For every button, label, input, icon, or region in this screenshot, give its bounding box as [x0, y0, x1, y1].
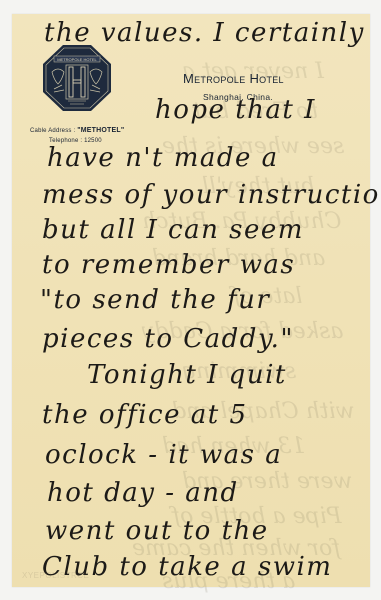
handwritten-line: Tonight I quit [87, 362, 287, 388]
handwritten-line: hope that I [155, 97, 316, 123]
handwritten-line: pieces to Caddy." [42, 326, 294, 352]
letterhead-hotel-name: Metropole Hotel [183, 71, 284, 86]
letterhead-cable-address: Cable Address : "METHOTEL" [30, 127, 124, 134]
svg-text:METROPOLE HOTEL: METROPOLE HOTEL [57, 57, 97, 62]
handwritten-line: but all I can seem [42, 217, 304, 243]
handwritten-line: hot day - and [47, 480, 239, 506]
handwritten-line: mess of your instructions [42, 182, 381, 208]
cable-address-label: Cable Address : [30, 128, 75, 134]
archive-stamp: XYEPOLISTRCE [22, 571, 89, 580]
handwritten-line: the office at 5 [42, 402, 248, 428]
letter-page: I never get ato Fred butsee where is the… [12, 14, 370, 587]
handwritten-line: to remember was [42, 252, 295, 278]
handwritten-line: went out to the [45, 518, 269, 544]
hotel-crest-icon: METROPOLE HOTEL [42, 44, 112, 112]
handwritten-line: oclock - it was a [45, 442, 282, 468]
handwritten-line: "to send the fur [40, 287, 270, 313]
handwritten-line: the values. I certainly [44, 20, 365, 46]
handwritten-line: have n't made a [47, 145, 279, 171]
cable-address-value: "METHOTEL" [77, 127, 124, 134]
